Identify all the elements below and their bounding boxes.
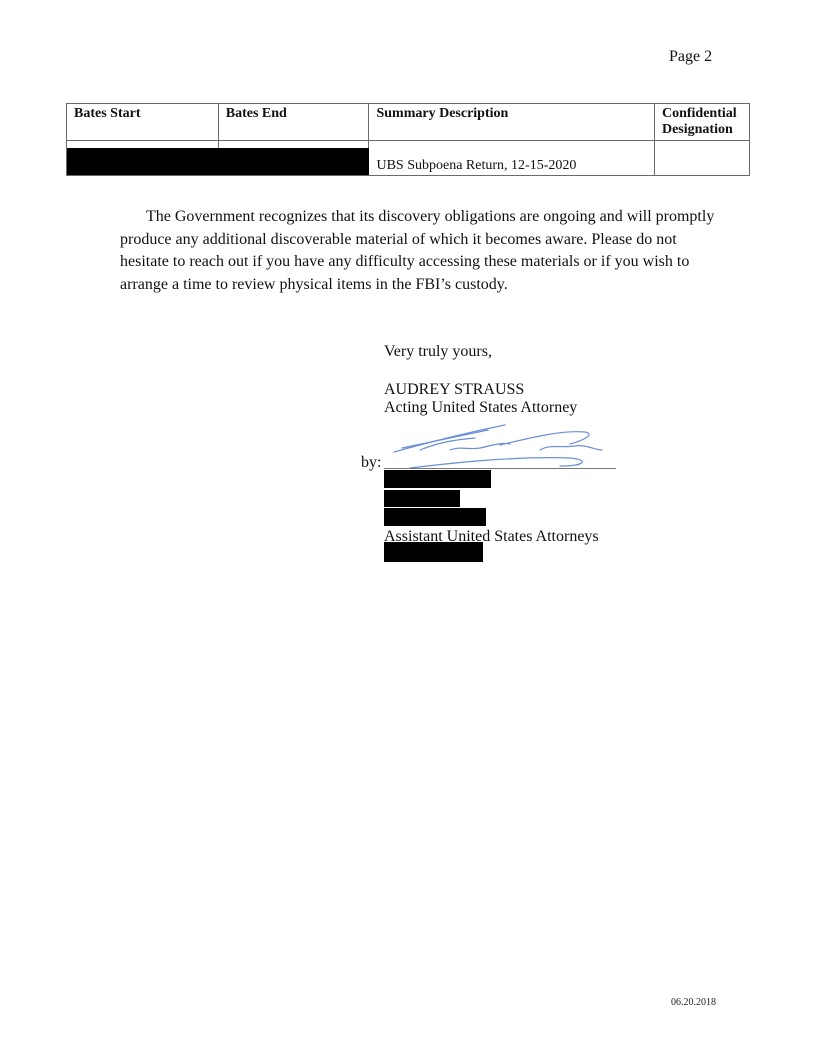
signature-line	[384, 468, 616, 469]
footer-date-code: 06.20.2018	[671, 997, 716, 1008]
handwritten-signature	[380, 420, 610, 470]
redaction-signer-2	[384, 490, 460, 507]
body-paragraph: The Government recognizes that its disco…	[120, 206, 720, 296]
redaction-bates-range	[67, 148, 369, 175]
closing: Very truly yours,	[384, 342, 492, 361]
redaction-signer-3	[384, 508, 486, 526]
table-header-row: Bates Start Bates End Summary Descriptio…	[67, 104, 750, 141]
column-header-confidential: Confidential Designation	[654, 104, 749, 141]
signatory-title: Acting United States Attorney	[384, 398, 577, 417]
page-number: Page 2	[669, 48, 712, 66]
redaction-signer-1	[384, 470, 491, 488]
column-header-summary: Summary Description	[369, 104, 655, 141]
redaction-signer-contact	[384, 542, 483, 562]
signatory-name: AUDREY STRAUSS	[384, 380, 524, 399]
column-header-bates-end: Bates End	[218, 104, 369, 141]
cell-summary: UBS Subpoena Return, 12-15-2020	[369, 141, 655, 176]
by-label: by:	[361, 454, 381, 472]
cell-confidential	[654, 141, 749, 176]
column-header-bates-start: Bates Start	[67, 104, 219, 141]
